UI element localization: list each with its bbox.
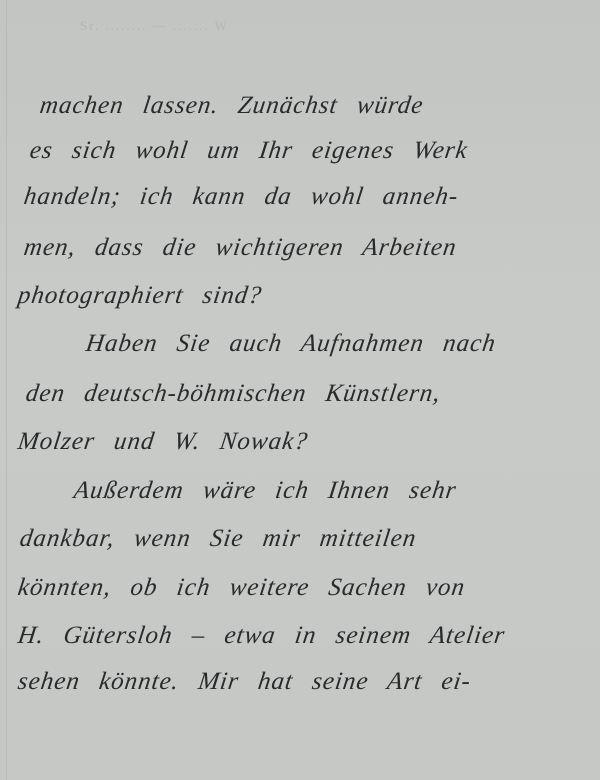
letter-page: Sr. ........ — ....... W machen lassen. … <box>0 0 600 780</box>
bleed-through-text: Sr. ........ — ....... W <box>80 18 229 34</box>
text-line-13: sehen könnte. Mir hat seine Art ei- <box>16 668 473 696</box>
text-line-3: handeln; ich kann da wohl anneh- <box>22 183 460 211</box>
text-line-12: H. Gütersloh – etwa in seinem Atelier <box>16 622 507 650</box>
text-line-7: den deutsch-böhmischen Künstlern, <box>24 380 443 408</box>
text-line-9: Außerdem wäre ich Ihnen sehr <box>72 477 458 505</box>
page-edge-divider <box>6 0 7 780</box>
text-line-2: es sich wohl um Ihr eigenes Werk <box>28 137 470 165</box>
text-line-4: men, dass die wichtigeren Arbeiten <box>22 234 459 262</box>
text-line-6: Haben Sie auch Aufnahmen nach <box>84 330 498 358</box>
text-line-1: machen lassen. Zunächst würde <box>38 92 425 120</box>
text-line-5: photographiert sind? <box>16 282 264 310</box>
text-line-8: Molzer und W. Nowak? <box>16 428 310 456</box>
text-line-10: dankbar, wenn Sie mir mitteilen <box>18 525 418 553</box>
text-line-11: könnten, ob ich weitere Sachen von <box>16 574 467 602</box>
